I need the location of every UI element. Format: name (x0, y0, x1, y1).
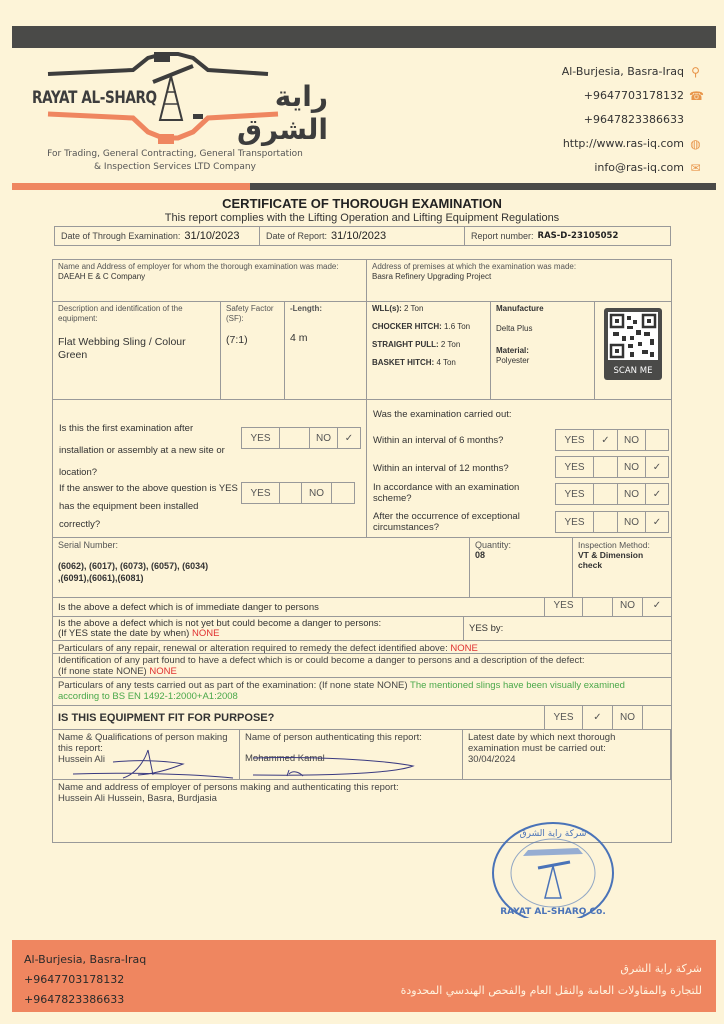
equipment-desc-label: Description and identification of the eq… (58, 304, 215, 324)
identification-hint: (If none state NONE) (58, 666, 147, 677)
material-value: Polyester (496, 356, 589, 366)
tests-label: Particulars of any tests carried out as … (58, 680, 408, 691)
repair-row: Particulars of any repair, renewal or al… (53, 641, 671, 654)
report-meta: Date of Through Examination: 31/10/2023 … (54, 226, 671, 246)
manufacture-cell: Manufacture Delta Plus Material: Polyest… (491, 302, 595, 399)
identification-row: Identification of any part found to have… (53, 654, 671, 678)
footer-phone-2[interactable]: +9647823386633 (24, 990, 146, 1010)
safety-factor-label: Safety Factor (SF): (226, 304, 279, 324)
installed-no[interactable]: NO (302, 483, 332, 503)
interval-12-yes[interactable]: YES (556, 457, 594, 477)
next-exam-label: Latest date by which next thorough exami… (468, 732, 648, 754)
examination-questions-row: Is this the first examination after inst… (53, 400, 671, 538)
footer-arabic-name: شركة راية الشرق (401, 958, 702, 980)
quantity-cell: Quantity: 08 (470, 538, 573, 597)
employer-cell: Name and Address of employer for whom th… (53, 260, 367, 301)
choker-value: 1.6 Ton (444, 322, 470, 331)
telephone-icon: ☎ (689, 90, 702, 103)
report-number-value: RAS-D-23105052 (538, 231, 619, 241)
contact-email: info@ras-iq.com ✉ (562, 156, 702, 180)
interval-12-yes-no: YES NO ✓ (555, 456, 669, 478)
qr-cell: SCAN ME (595, 302, 671, 399)
tests-cell: Particulars of any tests carried out as … (53, 678, 671, 705)
footer-band: Al-Burjesia, Basra-Iraq +9647703178132 +… (12, 940, 716, 1012)
premises-cell: Address of premises at which the examina… (367, 260, 671, 301)
basket-value: 4 Ton (436, 358, 455, 367)
exam-date-value: 31/10/2023 (184, 230, 239, 242)
maker-value: Hussein Ali (58, 754, 234, 765)
exceptional-no[interactable]: NO (618, 512, 646, 532)
future-danger-cell: Is the above a defect which is not yet b… (53, 617, 464, 640)
interval-12-no[interactable]: NO (618, 457, 646, 477)
immediate-danger-no-check[interactable]: ✓ (643, 598, 671, 616)
scheme-question: In accordance with an examination scheme… (373, 482, 543, 504)
identification-value: NONE (149, 666, 176, 677)
first-exam-no-check[interactable]: ✓ (338, 428, 360, 448)
equipment-row: Description and identification of the eq… (53, 302, 671, 400)
authenticator-value: Mohammed Kamal (245, 753, 457, 764)
report-date-value: 31/10/2023 (331, 230, 386, 242)
contact-address: Al-Burjesia, Basra-Iraq ⚲ (562, 60, 702, 84)
immediate-danger-no[interactable]: NO (613, 598, 643, 616)
serial-label: Serial Number: (58, 540, 464, 550)
quantity-label: Quantity: (475, 540, 567, 550)
report-date-cell: Date of Report: 31/10/2023 (260, 227, 465, 245)
qr-code-icon (608, 312, 658, 360)
exam-date-cell: Date of Through Examination: 31/10/2023 (55, 227, 260, 245)
next-exam-cell: Latest date by which next thorough exami… (463, 730, 671, 779)
manufacture-label: Manufacture (496, 304, 589, 314)
interval-12-yes-box[interactable] (594, 457, 618, 477)
interval-12-question: Within an interval of 12 months? (373, 462, 509, 475)
interval-12-no-check[interactable]: ✓ (646, 457, 668, 477)
brand-name-ar: راية الشرق (218, 80, 328, 146)
contact-website: http://www.ras-iq.com ◍ (562, 132, 702, 156)
contact-address-text: Al-Burjesia, Basra-Iraq (562, 64, 684, 80)
interval-6-yes[interactable]: YES (556, 430, 594, 450)
straight-pull-label: STRAIGHT PULL: (372, 340, 439, 349)
tagline-line-2: & Inspection Services LTD Company (30, 161, 320, 174)
repair-label: Particulars of any repair, renewal or al… (58, 643, 448, 654)
serial-line-1: (6062), (6017), (6073), (6057), (6034) (58, 561, 464, 571)
material-label: Material: (496, 346, 589, 356)
globe-icon: ◍ (689, 138, 702, 151)
first-exam-question: Is this the first examination after inst… (59, 418, 239, 484)
serial-row: Serial Number: (6062), (6017), (6073), (… (53, 538, 671, 598)
wll-label: WLL(s): (372, 304, 402, 313)
exceptional-yes-box[interactable] (594, 512, 618, 532)
installed-no-box[interactable] (332, 483, 354, 503)
contact-phone-1: +9647703178132 ☎ (562, 84, 702, 108)
repair-cell: Particulars of any repair, renewal or al… (53, 641, 671, 653)
footer-contacts: Al-Burjesia, Basra-Iraq +9647703178132 +… (24, 950, 146, 1010)
stamp-text-ar: شركة راية الشرق (520, 829, 587, 839)
quantity-value: 08 (475, 550, 567, 560)
exceptional-no-check[interactable]: ✓ (646, 512, 668, 532)
certificate-title: CERTIFICATE OF THOROUGH EXAMINATION (0, 196, 724, 211)
signatures-row: Name & Qualifications of person making t… (53, 730, 671, 780)
exceptional-yes-no: YES NO ✓ (555, 511, 669, 533)
first-exam-no[interactable]: NO (310, 428, 338, 448)
exam-date-label: Date of Through Examination: (61, 231, 180, 241)
basket-label: BASKET HITCH: (372, 358, 434, 367)
employer-row: Name and Address of employer for whom th… (53, 260, 671, 302)
inspection-method-cell: Inspection Method: VT & Dimension check (573, 538, 671, 597)
wll-cell: WLL(s): 2 Ton CHOCKER HITCH: 1.6 Ton STR… (367, 302, 491, 399)
maker-label: Name & Qualifications of person making t… (58, 732, 234, 754)
maker-cell: Name & Qualifications of person making t… (53, 730, 240, 779)
fitness-no-box[interactable] (643, 706, 671, 729)
footer-arabic: شركة راية الشرق للتجارة والمقاولات العام… (401, 958, 702, 1002)
report-date-label: Date of Report: (266, 231, 327, 241)
authenticator-cell: Name of person authenticating this repor… (240, 730, 463, 779)
immediate-danger-cell: Is the above a defect which is of immedi… (53, 598, 545, 616)
first-exam-yes-no: YES NO ✓ (241, 427, 361, 449)
examination-form: Name and Address of employer for whom th… (52, 259, 672, 843)
report-number-label: Report number: (471, 231, 534, 241)
authenticator-employer-label: Name and address of employer of persons … (58, 782, 666, 793)
authenticator-label: Name of person authenticating this repor… (245, 732, 457, 743)
safety-factor-cell: Safety Factor (SF): (7:1) (221, 302, 285, 399)
contact-website-link[interactable]: http://www.ras-iq.com (563, 136, 684, 152)
length-cell: -Length: 4 m (285, 302, 367, 399)
premises-value: Basra Refinery Upgrading Project (372, 272, 666, 282)
premises-label: Address of premises at which the examina… (372, 262, 666, 272)
immediate-danger-row: Is the above a defect which is of immedi… (53, 598, 671, 617)
envelope-icon: ✉ (689, 162, 702, 175)
employer-label: Name and Address of employer for whom th… (58, 262, 361, 272)
wll-value: 2 Ton (404, 304, 423, 313)
identification-cell: Identification of any part found to have… (53, 654, 671, 677)
report-number-cell: Report number: RAS-D-23105052 (465, 227, 670, 245)
carried-out-label: Was the examination carried out: (373, 408, 512, 421)
first-exam-yes[interactable]: YES (242, 428, 280, 448)
contact-phone-2: +9647823386633 · (562, 108, 702, 132)
immediate-danger-yes[interactable]: YES (545, 598, 583, 616)
interval-6-no[interactable]: NO (618, 430, 646, 450)
inspection-method-label: Inspection Method: (578, 540, 666, 550)
fitness-no[interactable]: NO (613, 706, 643, 729)
qr-code[interactable]: SCAN ME (604, 308, 662, 380)
scheme-no-check[interactable]: ✓ (646, 484, 668, 504)
serial-cell: Serial Number: (6062), (6017), (6073), (… (53, 538, 470, 597)
exceptional-yes[interactable]: YES (556, 512, 594, 532)
immediate-danger-yes-box[interactable] (583, 598, 613, 616)
scheme-no[interactable]: NO (618, 484, 646, 504)
fitness-row: IS THIS EQUIPMENT FIT FOR PURPOSE? YES ✓… (53, 706, 671, 730)
location-pin-icon: ⚲ (689, 66, 702, 79)
stamp-text-en: RAYAT AL-SHARQ Co. (500, 907, 606, 917)
header-dark-bar (12, 26, 716, 48)
contact-phone-1-text[interactable]: +9647703178132 (584, 88, 684, 104)
header-contacts: Al-Burjesia, Basra-Iraq ⚲ +9647703178132… (562, 60, 702, 180)
straight-pull-value: 2 Ton (441, 340, 460, 349)
contact-email-link[interactable]: info@ras-iq.com (594, 160, 684, 176)
footer-phone-1[interactable]: +9647703178132 (24, 970, 146, 990)
header-divider-orange (12, 183, 250, 190)
serial-line-2: ,(6091),(6061),(6081) (58, 573, 464, 583)
installed-correctly-question: If the answer to the above question is Y… (59, 480, 239, 534)
company-tagline: For Trading, General Contracting, Genera… (30, 148, 320, 174)
immediate-danger-question: Is the above a defect which is of immedi… (58, 601, 319, 614)
contact-phone-2-text[interactable]: +9647823386633 (584, 112, 684, 128)
exceptional-question: After the occurrence of exceptional circ… (373, 511, 548, 533)
first-exam-cell: Is this the first examination after inst… (53, 400, 367, 537)
next-exam-value: 30/04/2024 (468, 754, 665, 765)
fitness-yes-check[interactable]: ✓ (583, 706, 613, 729)
scheme-yes-box[interactable] (594, 484, 618, 504)
interval-6-yes-no: YES ✓ NO (555, 429, 669, 451)
installed-yes-box[interactable] (280, 483, 302, 503)
equipment-desc-value: Flat Webbing Sling / Colour Green (58, 336, 215, 362)
scheme-yes-no: YES NO ✓ (555, 483, 669, 505)
yes-by-cell: YES by: (464, 617, 671, 640)
repair-value: NONE (450, 643, 477, 654)
scan-me-label: SCAN ME (608, 366, 658, 376)
interval-6-question: Within an interval of 6 months? (373, 434, 503, 447)
carried-out-cell: Was the examination carried out: Within … (367, 400, 671, 537)
length-value: 4 m (290, 332, 361, 345)
installed-yes[interactable]: YES (242, 483, 280, 503)
installed-correctly-yes-no: YES NO (241, 482, 355, 504)
scheme-yes[interactable]: YES (556, 484, 594, 504)
certificate-page: RAYAT AL-SHARQ راية الشرق For Trading, G… (0, 0, 724, 1024)
header-divider-dark (250, 183, 716, 190)
authenticator-employer-value: Hussein Ali Hussein, Basra, Burdjasia (58, 793, 666, 804)
safety-factor-value: (7:1) (226, 334, 279, 347)
fitness-question: IS THIS EQUIPMENT FIT FOR PURPOSE? (58, 712, 274, 724)
interval-6-yes-check[interactable]: ✓ (594, 430, 618, 450)
fitness-cell: IS THIS EQUIPMENT FIT FOR PURPOSE? (53, 706, 545, 729)
tagline-line-1: For Trading, General Contracting, Genera… (30, 148, 320, 161)
manufacture-value: Delta Plus (496, 324, 589, 334)
choker-label: CHOCKER HITCH: (372, 322, 442, 331)
interval-6-no-box[interactable] (646, 430, 668, 450)
footer-address: Al-Burjesia, Basra-Iraq (24, 950, 146, 970)
future-danger-value: NONE (192, 628, 219, 639)
yes-by-label: YES by: (469, 622, 503, 635)
first-exam-yes-box[interactable] (280, 428, 310, 448)
tests-row: Particulars of any tests carried out as … (53, 678, 671, 706)
inspection-method-value: VT & Dimension check (578, 550, 658, 570)
company-logo: RAYAT AL-SHARQ راية الشرق (28, 52, 328, 152)
fitness-yes[interactable]: YES (545, 706, 583, 729)
certificate-subtitle: This report complies with the Lifting Op… (0, 212, 724, 224)
footer-arabic-description: للتجارة والمقاولات العامة والنقل العام و… (401, 980, 702, 1002)
equipment-desc-cell: Description and identification of the eq… (53, 302, 221, 399)
future-danger-row: Is the above a defect which is not yet b… (53, 617, 671, 641)
future-danger-hint: (If YES state the date by when) (58, 628, 189, 639)
employer-value: DAEAH E & C Company (58, 272, 361, 282)
company-stamp-icon: شركة راية الشرق RAYAT AL-SHARQ Co. (488, 818, 618, 918)
length-label: -Length: (290, 304, 361, 314)
brand-name-en: RAYAT AL-SHARQ (32, 88, 157, 108)
